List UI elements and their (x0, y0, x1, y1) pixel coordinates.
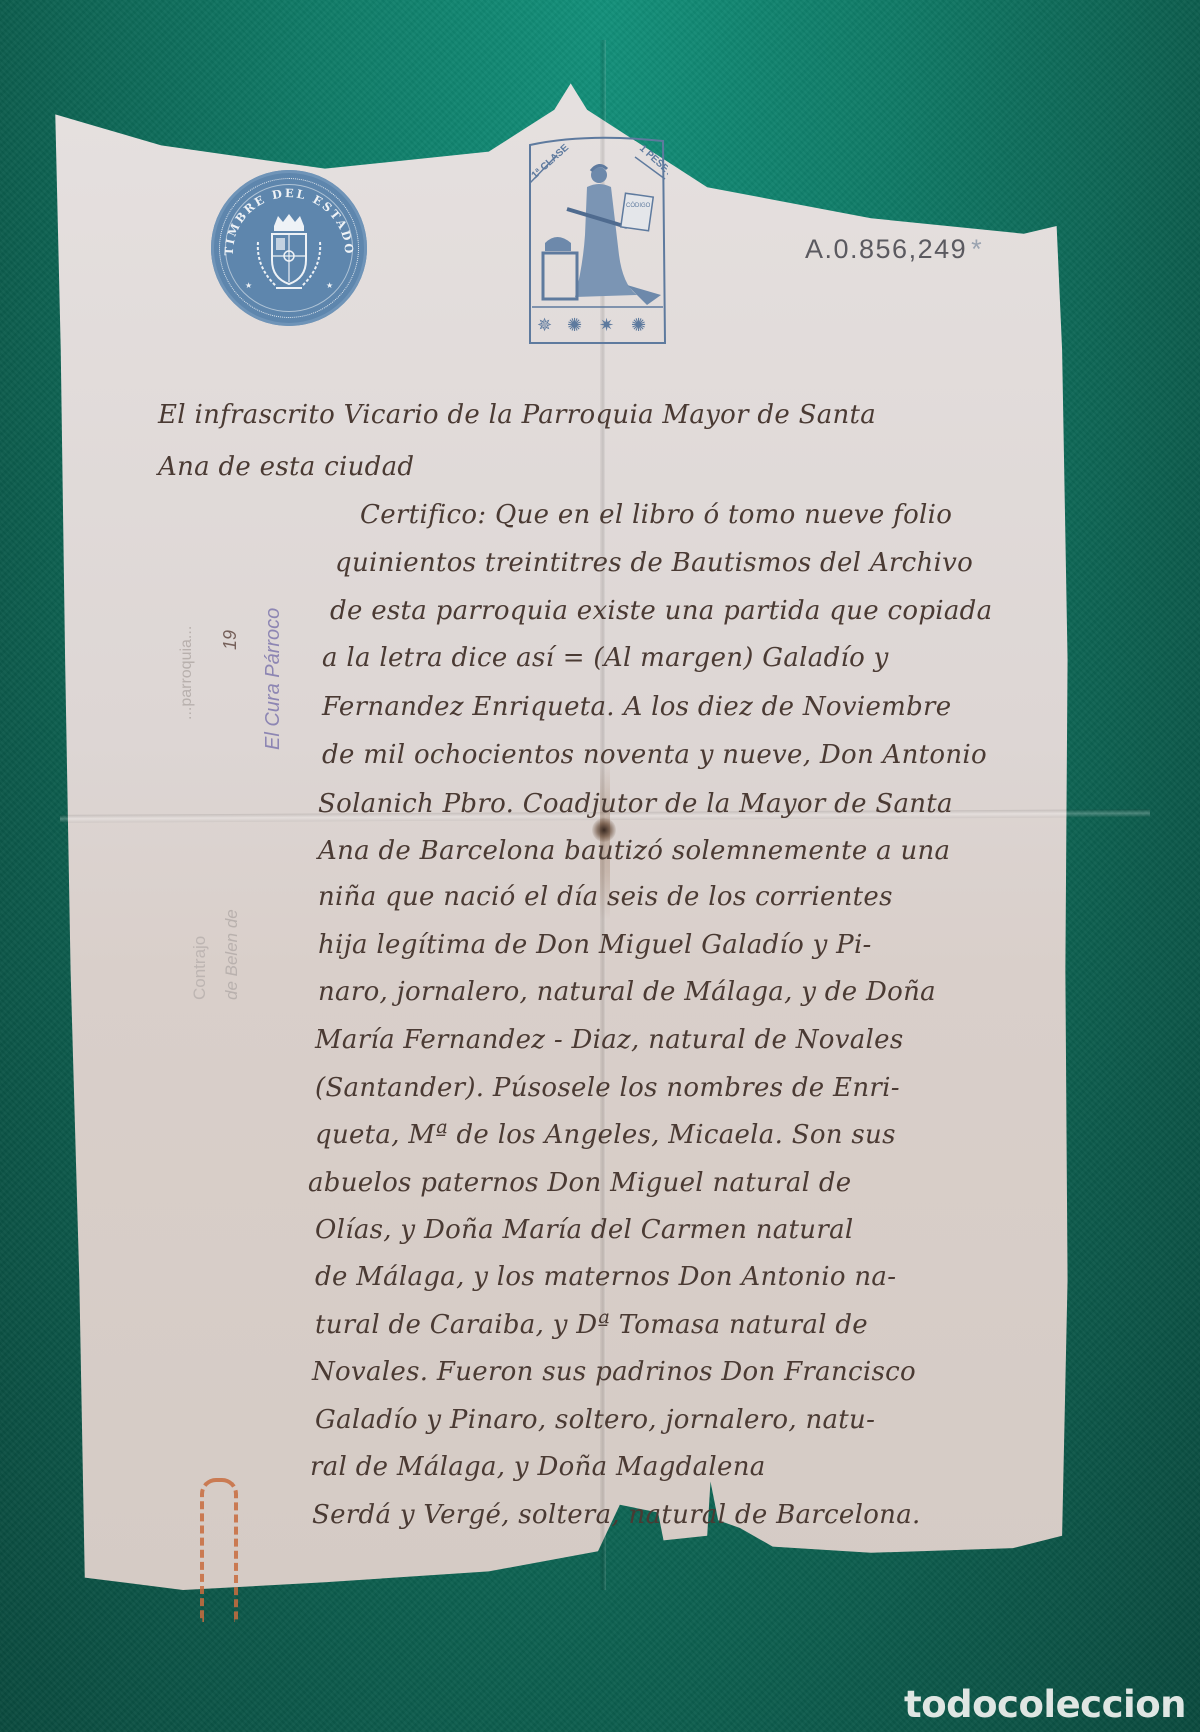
handwritten-line: Galadío y Pinaro, soltero, jornalero, na… (315, 1405, 875, 1435)
handwritten-line: de Málaga, y los maternos Don Antonio na… (315, 1262, 896, 1292)
handwritten-line: de esta parroquia existe una partida que… (330, 596, 992, 626)
handwritten-line: ral de Málaga, y Doña Magdalena (310, 1452, 766, 1482)
handwritten-line: Solanich Pbro. Coadjutor de la Mayor de … (318, 789, 953, 819)
svg-text:1ª CLASE: 1ª CLASE (530, 142, 572, 181)
handwritten-line: Certifico: Que en el libro ó tomo nueve … (360, 500, 952, 530)
faint-parish-stamp: ...parroquia... (178, 626, 196, 720)
star-icon: * (971, 234, 983, 264)
svg-text:★: ★ (245, 281, 252, 290)
handwritten-line: Ana de esta ciudad (158, 452, 414, 482)
svg-text:CÓDIGO: CÓDIGO (626, 202, 651, 209)
watermark-logo: todocoleccion (904, 1683, 1186, 1726)
handwritten-line: niña que nació el día seis de los corrie… (318, 882, 893, 912)
svg-text:✵: ✵ (537, 315, 552, 336)
handwritten-line: El infrascrito Vicario de la Parroquia M… (158, 400, 876, 430)
handwritten-line: Fernandez Enriqueta. A los diez de Novie… (322, 692, 951, 722)
handwritten-line: hija legítima de Don Miguel Galadío y Pi… (318, 930, 872, 960)
seated-justice-figure-icon: 1ª CLASE 1 PESETA CÓDIGO ✵ ✺ ✷ ✺ (527, 135, 668, 347)
crown-crest-icon (254, 212, 324, 296)
red-crayon-mark (200, 1478, 238, 1622)
handwritten-line: Ana de Barcelona bautizó solemnemente a … (318, 836, 950, 866)
handwritten-line: queta, Mª de los Angeles, Micaela. Son s… (315, 1120, 896, 1150)
handwritten-line: (Santander). Púsosele los nombres de Enr… (315, 1073, 900, 1103)
handwritten-line: a la letra dice así = (Al margen) Galadí… (322, 643, 889, 673)
handwritten-line: quinientos treintitres de Bautismos del … (335, 548, 973, 578)
handwritten-line: Olías, y Doña María del Carmen natural (315, 1215, 853, 1245)
svg-text:✺: ✺ (567, 315, 582, 336)
contrajo-stamp: Contrajo (190, 936, 210, 1000)
handwritten-line: de mil ochocientos noventa y nueve, Don … (322, 740, 987, 770)
svg-text:★: ★ (326, 281, 333, 290)
svg-text:✺: ✺ (631, 315, 646, 336)
svg-text:✷: ✷ (599, 315, 614, 336)
handwritten-line: Serdá y Vergé, soltera, natural de Barce… (312, 1500, 921, 1530)
parish-priest-stamp: El Cura Párroco (262, 608, 285, 750)
handwritten-line: Novales. Fueron sus padrinos Don Francis… (312, 1357, 916, 1387)
state-seal: TIMBRE DEL ESTADO ★ ★ (211, 170, 367, 326)
belen-stamp: de Belen de (222, 909, 242, 1000)
handwritten-line: María Fernandez - Diaz, natural de Noval… (315, 1025, 903, 1055)
handwritten-line: tural de Caraiba, y Dª Tomasa natural de (315, 1310, 868, 1340)
revenue-stamp: 1ª CLASE 1 PESETA CÓDIGO ✵ ✺ ✷ ✺ (527, 135, 668, 347)
margin-number: 19 (220, 630, 241, 650)
handwritten-line: naro, jornalero, natural de Málaga, y de… (318, 977, 936, 1007)
handwritten-line: abuelos paternos Don Miguel natural de (308, 1168, 851, 1198)
serial-number-value: A.0.856,249 (805, 234, 967, 264)
serial-number: A.0.856,249* (805, 234, 983, 265)
